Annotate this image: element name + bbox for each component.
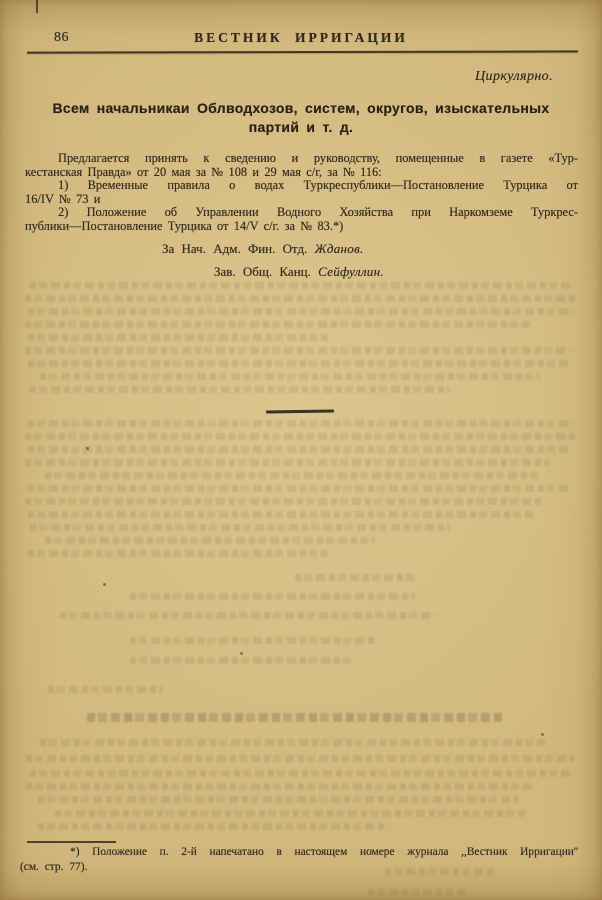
footnote-rule — [27, 841, 116, 843]
signature-title: За Нач. Адм. Фин. Отд. — [162, 241, 315, 256]
journal-title: ВЕСТНИК ИРРИГАЦИИ — [0, 30, 602, 46]
footnote: *) Положение п. 2-й напечатано в настоящ… — [20, 845, 578, 875]
scan-artifact-tick — [36, 0, 38, 13]
section-divider-rule — [266, 410, 334, 413]
body-line: кестанская Правда» от 20 мая за № 108 и … — [25, 166, 578, 180]
bleedthrough-line — [25, 459, 550, 466]
bleedthrough-line — [28, 446, 568, 453]
bleedthrough-line — [25, 295, 575, 302]
body-line: 16/IV № 73 и — [25, 193, 578, 207]
bleedthrough-line — [28, 511, 533, 518]
bleedthrough-line — [28, 308, 573, 315]
bleedthrough-line — [295, 574, 415, 581]
body-line: 2) Положение об Управлении Водного Хозяй… — [25, 206, 578, 220]
bleedthrough-line — [28, 420, 573, 427]
body-line: публики—Постановление Турцика от 14/V с/… — [25, 220, 578, 234]
header-rule — [27, 50, 578, 53]
memo-body: Предлагается принять к сведению и руково… — [25, 152, 578, 233]
bleedthrough-line — [130, 637, 375, 644]
body-line: 1) Временные правила о водах Туркреспубл… — [25, 179, 578, 193]
footnote-line-1: *) Положение п. 2-й напечатано в настоящ… — [20, 845, 578, 860]
bleedthrough-line — [28, 550, 328, 557]
bleedthrough-line — [30, 524, 450, 531]
bleedthrough-line — [30, 386, 450, 393]
bleedthrough-line — [87, 713, 502, 722]
bleedthrough-line — [28, 360, 568, 367]
bleedthrough-line — [130, 593, 415, 600]
bleedthrough-line — [38, 796, 518, 803]
signature-name: Сейфуллин. — [318, 264, 384, 279]
signature-title: Зав. Общ. Канц. — [214, 264, 318, 279]
memo-heading-line-2: партий и т. д. — [0, 118, 602, 137]
bleedthrough-line — [25, 433, 575, 440]
bleedthrough-line — [30, 282, 570, 289]
bleedthrough-line — [48, 686, 163, 693]
bleedthrough-line — [130, 657, 355, 664]
bleedthrough-line — [28, 485, 568, 492]
circular-label: Циркулярно. — [475, 69, 553, 85]
memo-heading: Всем начальникаи Облводхозов, систем, ок… — [0, 99, 602, 136]
scanned-journal-page: 86 ВЕСТНИК ИРРИГАЦИИ Циркулярно. Всем на… — [0, 0, 602, 900]
memo-heading-line-1: Всем начальникаи Облводхозов, систем, ок… — [0, 99, 602, 118]
body-line: Предлагается принять к сведению и руково… — [25, 152, 578, 166]
bleedthrough-line — [25, 347, 570, 354]
bleedthrough-line — [25, 321, 530, 328]
bleedthrough-line — [38, 823, 388, 830]
footnote-line-2: (см. стр. 77). — [20, 860, 578, 875]
bleedthrough-line — [40, 739, 545, 746]
signature-line: Зав. Общ. Канц. Сейфуллин. — [214, 264, 384, 280]
bleedthrough-line — [368, 889, 466, 896]
paper-speck — [86, 447, 89, 450]
bleedthrough-line — [25, 498, 545, 505]
paper-speck — [103, 583, 106, 586]
bleedthrough-line — [26, 783, 536, 790]
bleedthrough-line — [28, 334, 328, 341]
signature-name: Жданов. — [315, 241, 364, 256]
bleedthrough-line — [40, 373, 540, 380]
bleedthrough-line — [55, 810, 525, 817]
signature-line: За Нач. Адм. Фин. Отд. Жданов. — [162, 241, 364, 257]
bleedthrough-line — [26, 755, 574, 762]
bleedthrough-line — [45, 472, 540, 479]
bleedthrough-line — [45, 537, 375, 544]
bleedthrough-line — [30, 770, 570, 777]
paper-speck — [240, 652, 243, 655]
paper-speck — [541, 733, 544, 736]
bleedthrough-line — [60, 612, 435, 619]
